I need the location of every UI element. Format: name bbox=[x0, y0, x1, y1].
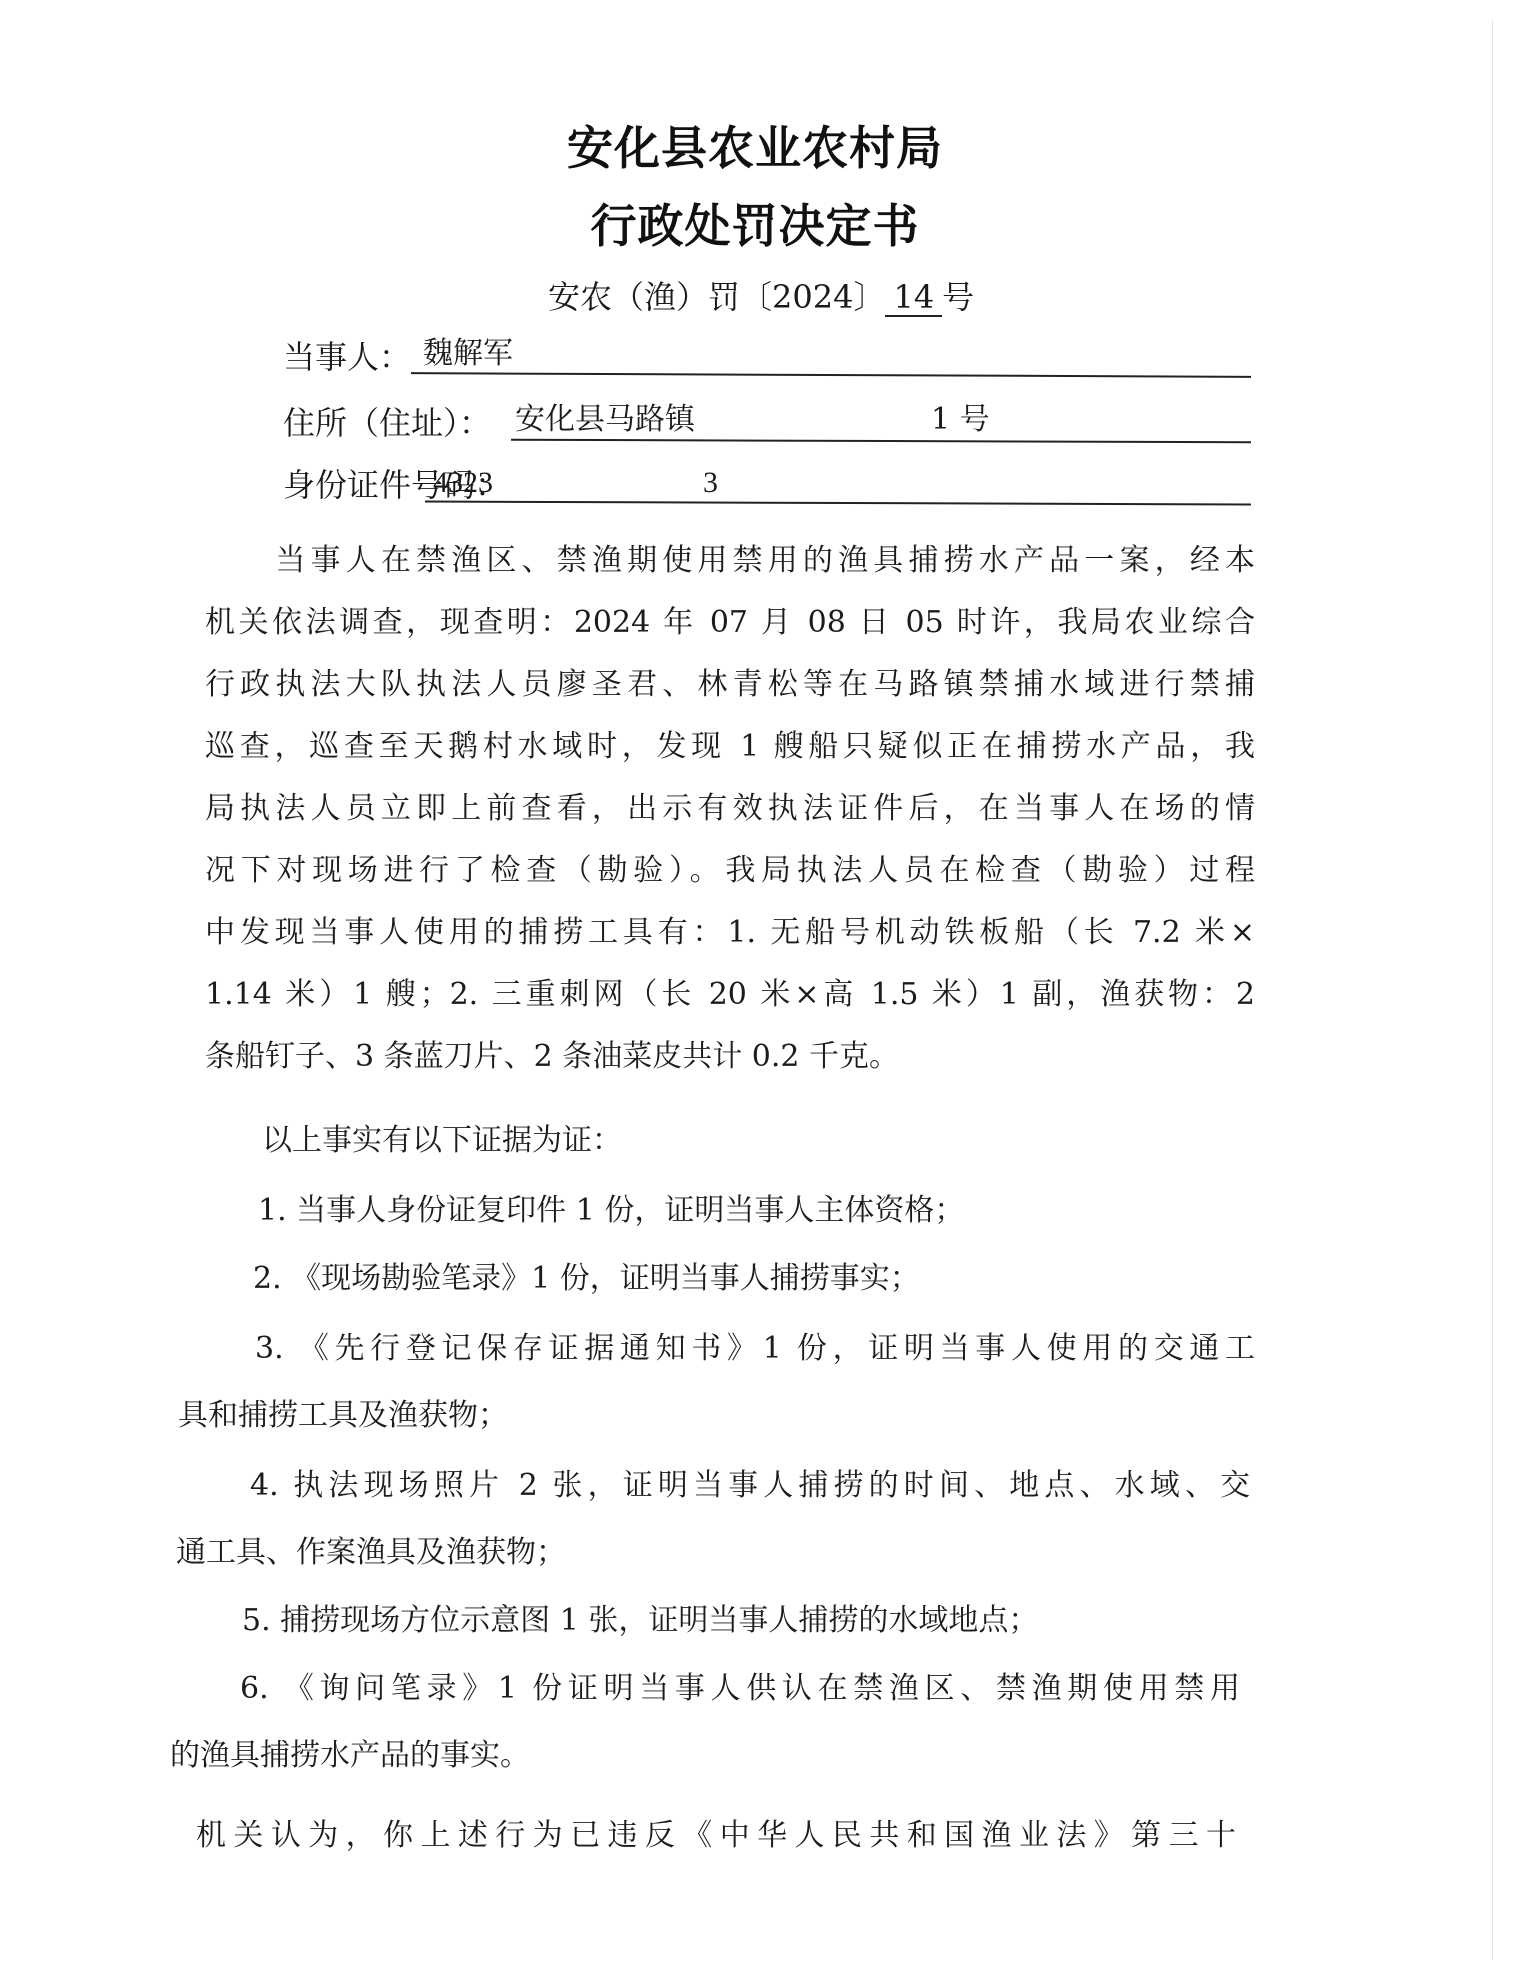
agency-title: 安化县农业农村局 bbox=[0, 112, 1510, 178]
evidence-intro: 以上事实有以下证据为证： bbox=[262, 1110, 622, 1172]
facts-line: 中发现当事人使用的捕捞工具有：1. 无船号机动铁板船（长 7.2 米× bbox=[205, 902, 1255, 964]
evidence-item-5: 5. 捕捞现场方位示意图 1 张，证明当事人捕捞的水域地点； bbox=[242, 1590, 1038, 1652]
party-name-field: 当事人： 魏解军 bbox=[283, 332, 1263, 376]
document-number: 安农（渔）罚〔2024〕14号 bbox=[548, 272, 974, 318]
facts-line: 条船钉子、3 条蓝刀片、2 条油菜皮共计 0.2 千克。 bbox=[205, 1026, 1255, 1088]
evidence-item-6: 6. 《询问笔录》1 份证明当事人供认在禁渔区、禁渔期使用禁用 bbox=[240, 1658, 1240, 1720]
party-name-label: 当事人： bbox=[283, 332, 411, 378]
facts-line: 局执法人员立即上前查看，出示有效执法证件后，在当事人在场的情 bbox=[205, 778, 1255, 840]
evidence-item-4: 4. 执法现场照片 2 张，证明当事人捕捞的时间、地点、水域、交 bbox=[250, 1455, 1250, 1517]
conclusion-line: 机关认为，你上述行为已违反《中华人民共和国渔业法》第三十 bbox=[196, 1805, 1236, 1867]
address-field: 住所（住址）： 安化县马路镇 1 号 bbox=[283, 398, 1263, 442]
facts-line: 当事人在禁渔区、禁渔期使用禁用的渔具捕捞水产品一案，经本 bbox=[205, 530, 1255, 592]
evidence-item-4-cont: 通工具、作案渔具及渔获物； bbox=[176, 1522, 566, 1584]
address-label: 住所（住址）： bbox=[283, 398, 491, 444]
facts-line: 况下对现场进行了检查（勘验）。我局执法人员在检查（勘验）过程 bbox=[205, 840, 1255, 902]
facts-line: 机关依法调查，现查明：2024 年 07 月 08 日 05 时许，我局农业综合 bbox=[205, 592, 1255, 654]
facts-line: 行政执法大队执法人员廖圣君、林青松等在马路镇禁捕水域进行禁捕 bbox=[205, 654, 1255, 716]
address-prefix: 安化县马路镇 bbox=[515, 394, 695, 438]
id-number-underline bbox=[425, 501, 1251, 506]
party-name-underline bbox=[411, 372, 1251, 378]
redaction-mask bbox=[695, 396, 925, 440]
evidence-item-3: 3. 《先行登记保存证据通知书》1 份，证明当事人使用的交通工 bbox=[255, 1318, 1255, 1380]
address-underline bbox=[511, 439, 1251, 444]
doc-number-value: 14 bbox=[885, 279, 942, 317]
facts-line: 1.14 米）1 艘；2. 三重刺网（长 20 米×高 1.5 米）1 副，渔获… bbox=[205, 964, 1255, 1026]
evidence-item-1: 1. 当事人身份证复印件 1 份，证明当事人主体资格； bbox=[258, 1180, 964, 1242]
id-number-field: 身份证件号码： 4323 3 bbox=[283, 460, 1263, 504]
id-number-suffix: 3 bbox=[703, 466, 718, 500]
evidence-item-3-cont: 具和捕捞工具及渔获物； bbox=[178, 1385, 508, 1447]
scan-edge-line bbox=[1492, 20, 1493, 1960]
document-title: 行政处罚决定书 bbox=[0, 190, 1510, 256]
evidence-item-2: 2. 《现场勘验笔录》1 份，证明当事人捕捞事实； bbox=[253, 1248, 920, 1310]
redaction-mask bbox=[495, 460, 705, 500]
party-name-value: 魏解军 bbox=[423, 328, 513, 372]
evidence-item-6-cont: 的渔具捕捞水产品的事实。 bbox=[170, 1725, 530, 1787]
doc-number-prefix: 安农（渔）罚〔2024〕 bbox=[548, 278, 885, 316]
address-suffix: 1 号 bbox=[931, 394, 990, 438]
id-number-prefix: 4323 bbox=[433, 466, 493, 500]
doc-number-suffix: 号 bbox=[942, 278, 974, 316]
facts-line: 巡查，巡查至天鹅村水域时，发现 1 艘船只疑似正在捕捞水产品，我 bbox=[205, 716, 1255, 778]
facts-paragraph: 当事人在禁渔区、禁渔期使用禁用的渔具捕捞水产品一案，经本 机关依法调查，现查明：… bbox=[205, 530, 1255, 1088]
